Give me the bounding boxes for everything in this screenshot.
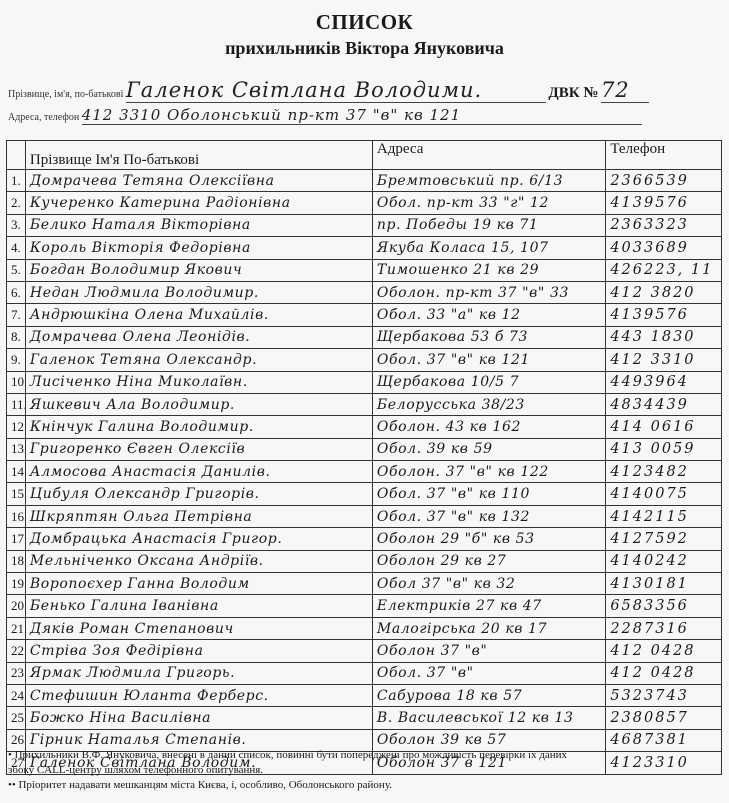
row-phone: 412 0428 [606,640,722,662]
row-number: 4. [7,237,26,259]
table-row: 15.Цибуля Олександр Григорів.Обол. 37 "в… [7,483,722,505]
row-address: Обол. 37 "в" кв 132 [372,505,605,527]
document-subtitle: прихильників Віктора Януковича [0,38,729,59]
row-phone: 4834439 [606,393,722,415]
row-phone: 443 1830 [606,326,722,348]
row-full-name: Кнінчук Галина Володимир. [25,416,372,438]
row-number: 13. [7,438,26,460]
row-number: 21. [7,617,26,639]
table-row: 16.Шкряптян Ольга ПетрівнаОбол. 37 "в" к… [7,505,722,527]
row-number: 9. [7,349,26,371]
row-full-name: Король Вікторія Федорівна [25,237,372,259]
row-phone: 4140242 [606,550,722,572]
row-phone: 4127592 [606,528,722,550]
row-address: Оболон 29 кв 27 [372,550,605,572]
row-full-name: Мельніченко Оксана Андріїв. [25,550,372,572]
row-address: Тимошенко 21 кв 29 [372,259,605,281]
row-number: 2. [7,192,26,214]
document-title: СПИСОК [0,10,729,35]
header-address: Адреса [372,141,605,170]
header-phone: Телефон [606,141,722,170]
row-phone: 426223, 11 [606,259,722,281]
dvk-value: 72 [601,78,630,102]
row-number: 8. [7,326,26,348]
table-row: 5.Богдан Володимир ЯковичТимошенко 21 кв… [7,259,722,281]
row-address: Малогірська 20 кв 17 [372,617,605,639]
row-number: 1. [7,170,26,192]
row-address: Оболон 37 "в" [372,640,605,662]
row-address: Електриків 27 кв 47 [372,595,605,617]
row-phone: 412 3820 [606,281,722,303]
table-row: 11.Яшкевич Ала Володимир.Белорусська 38/… [7,393,722,415]
table-row: 8.Домрачева Олена Леонідів.Щербакова 53 … [7,326,722,348]
supporters-table: Прізвище Ім'я По-батькові Адреса Телефон… [6,140,722,775]
dvk-value-line: 72 [601,78,649,103]
row-address: пр. Победы 19 кв 71 [372,214,605,236]
row-number: 3. [7,214,26,236]
row-phone: 4130181 [606,573,722,595]
row-full-name: Белико Наталя Вікторівна [25,214,372,236]
footnote-1-line-1: • Прихильники В.Ф. Януковича, внесені в … [8,748,723,763]
row-phone: 4139576 [606,192,722,214]
row-full-name: Бенько Галина Іванівна [25,595,372,617]
row-address: Якуба Коласа 15, 107 [372,237,605,259]
row-phone: 4033689 [606,237,722,259]
header-number [7,141,26,170]
table-row: 6.Недан Людмила Володимир.Оболон. пр-кт … [7,281,722,303]
row-address: Обол. 37 "в" [372,662,605,684]
row-address: Оболон. 43 кв 162 [372,416,605,438]
row-full-name: Домрачева Олена Леонідів. [25,326,372,348]
table-row: 14.Алмосова Анастасія Данилів.Оболон. 37… [7,461,722,483]
table-row: 1.Домрачева Тетяна ОлексіївнаБремтовськи… [7,170,722,192]
row-full-name: Алмосова Анастасія Данилів. [25,461,372,483]
row-phone: 2287316 [606,617,722,639]
header-full-name: Прізвище Ім'я По-батькові [25,141,372,170]
table-row: 2.Кучеренко Катерина РадіонівнаОбол. пр-… [7,192,722,214]
row-number: 5. [7,259,26,281]
row-full-name: Стефишин Юланта Ферберс. [25,684,372,706]
row-phone: 4140075 [606,483,722,505]
row-address: Бремтовський пр. 6/13 [372,170,605,192]
row-full-name: Шкряптян Ольга Петрівна [25,505,372,527]
table-row: 3.Белико Наталя Вікторівнапр. Победы 19 … [7,214,722,236]
table-row: 19.Воропоєхер Ганна ВолодимОбол 37 "в" к… [7,573,722,595]
row-phone: 4142115 [606,505,722,527]
row-number: 17. [7,528,26,550]
row-full-name: Андрюшкіна Олена Михайлів. [25,304,372,326]
row-phone: 2366539 [606,170,722,192]
row-phone: 2363323 [606,214,722,236]
table-row: 22.Стрiва Зоя ФедірівнаОболон 37 "в"412 … [7,640,722,662]
address-field-row: Адреса, телефон 412 3310 Оболонський пр-… [8,106,718,125]
row-full-name: Недан Людмила Володимир. [25,281,372,303]
row-full-name: Лисіченко Ніна Миколаївн. [25,371,372,393]
row-phone: 6583356 [606,595,722,617]
table-row: 7.Андрюшкіна Олена Михайлів.Обол. 33 "а"… [7,304,722,326]
table-row: 12.Кнінчук Галина Володимир.Оболон. 43 к… [7,416,722,438]
row-address: Белорусська 38/23 [372,393,605,415]
row-phone: 5323743 [606,684,722,706]
footnotes: • Прихильники В.Ф. Януковича, внесені в … [8,748,723,793]
table-row: 25.Божко Ніна ВасилівнаВ. Василевської 1… [7,707,722,729]
row-number: 20. [7,595,26,617]
row-address: Обол. 37 "в" кв 121 [372,349,605,371]
row-full-name: Григоренко Євген Олексіїв [25,438,372,460]
row-phone: 412 0428 [606,662,722,684]
row-phone: 4123482 [606,461,722,483]
row-full-name: Дяків Роман Степанович [25,617,372,639]
row-full-name: Божко Ніна Василівна [25,707,372,729]
row-phone: 413 0059 [606,438,722,460]
row-phone: 2380857 [606,707,722,729]
row-number: 14. [7,461,26,483]
row-address: Обол. 33 "а" кв 12 [372,304,605,326]
row-address: Обол. 39 кв 59 [372,438,605,460]
row-number: 24. [7,684,26,706]
name-field-value-line: Галенок Світлана Володими. [126,78,546,103]
row-full-name: Кучеренко Катерина Радіонівна [25,192,372,214]
table-row: 13.Григоренко Євген ОлексіївОбол. 39 кв … [7,438,722,460]
address-field-value: 412 3310 Оболонський пр-кт 37 "в" кв 121 [82,106,461,124]
table-header-row: Прізвище Ім'я По-батькові Адреса Телефон [7,141,722,170]
address-field-value-line: 412 3310 Оболонський пр-кт 37 "в" кв 121 [82,106,642,125]
dvk-label: ДВК № [548,85,598,101]
row-address: Обол 37 "в" кв 32 [372,573,605,595]
footnote-2: •• Пріоритет надавати мешканцям міста Ки… [8,778,723,793]
row-full-name: Цибуля Олександр Григорів. [25,483,372,505]
row-number: 16. [7,505,26,527]
row-number: 23. [7,662,26,684]
footnote-1-line-2: збоку CALL-центру шляхом телефонного опи… [8,763,723,778]
row-number: 18. [7,550,26,572]
name-field-value: Галенок Світлана Володими. [126,78,482,102]
row-address: В. Василевської 12 кв 13 [372,707,605,729]
row-address: Оболон. пр-кт 37 "в" 33 [372,281,605,303]
row-full-name: Воропоєхер Ганна Володим [25,573,372,595]
row-number: 7. [7,304,26,326]
row-address: Обол. 37 "в" кв 110 [372,483,605,505]
row-full-name: Галенок Тетяна Олександр. [25,349,372,371]
row-number: 11. [7,393,26,415]
row-address: Оболон. 37 "в" кв 122 [372,461,605,483]
row-number: 22. [7,640,26,662]
row-phone: 412 3310 [606,349,722,371]
row-number: 10. [7,371,26,393]
address-field-label: Адреса, телефон [8,112,79,123]
row-address: Сабурова 18 кв 57 [372,684,605,706]
row-address: Щербакова 53 б 73 [372,326,605,348]
row-phone: 414 0616 [606,416,722,438]
table-row: 10.Лисіченко Ніна Миколаївн.Щербакова 10… [7,371,722,393]
row-full-name: Домрачева Тетяна Олексіївна [25,170,372,192]
table-row: 17.Домбрацька Анастасія Григор.Оболон 29… [7,528,722,550]
table-row: 18.Мельніченко Оксана Андріїв.Оболон 29 … [7,550,722,572]
table-row: 9.Галенок Тетяна Олександр.Обол. 37 "в" … [7,349,722,371]
row-address: Оболон 29 "б" кв 53 [372,528,605,550]
table-row: 21.Дяків Роман СтепановичМалогірська 20 … [7,617,722,639]
row-address: Щербакова 10/5 7 [372,371,605,393]
table-row: 20.Бенько Галина ІванівнаЕлектриків 27 к… [7,595,722,617]
row-number: 12. [7,416,26,438]
row-full-name: Богдан Володимир Якович [25,259,372,281]
name-field-label: Прізвище, ім'я, по-батькові [8,89,123,100]
row-full-name: Яшкевич Ала Володимир. [25,393,372,415]
name-field-row: Прізвище, ім'я, по-батькові Галенок Світ… [8,78,718,103]
row-number: 19. [7,573,26,595]
row-phone: 4493964 [606,371,722,393]
table-row: 24.Стефишин Юланта Ферберс.Сабурова 18 к… [7,684,722,706]
row-number: 25. [7,707,26,729]
row-full-name: Стрiва Зоя Федірівна [25,640,372,662]
row-full-name: Ярмак Людмила Григорь. [25,662,372,684]
row-phone: 4139576 [606,304,722,326]
table-row: 23.Ярмак Людмила Григорь.Обол. 37 "в"412… [7,662,722,684]
row-number: 15. [7,483,26,505]
row-full-name: Домбрацька Анастасія Григор. [25,528,372,550]
row-number: 6. [7,281,26,303]
row-address: Обол. пр-кт 33 "г" 12 [372,192,605,214]
table-row: 4.Король Вікторія ФедорівнаЯкуба Коласа … [7,237,722,259]
